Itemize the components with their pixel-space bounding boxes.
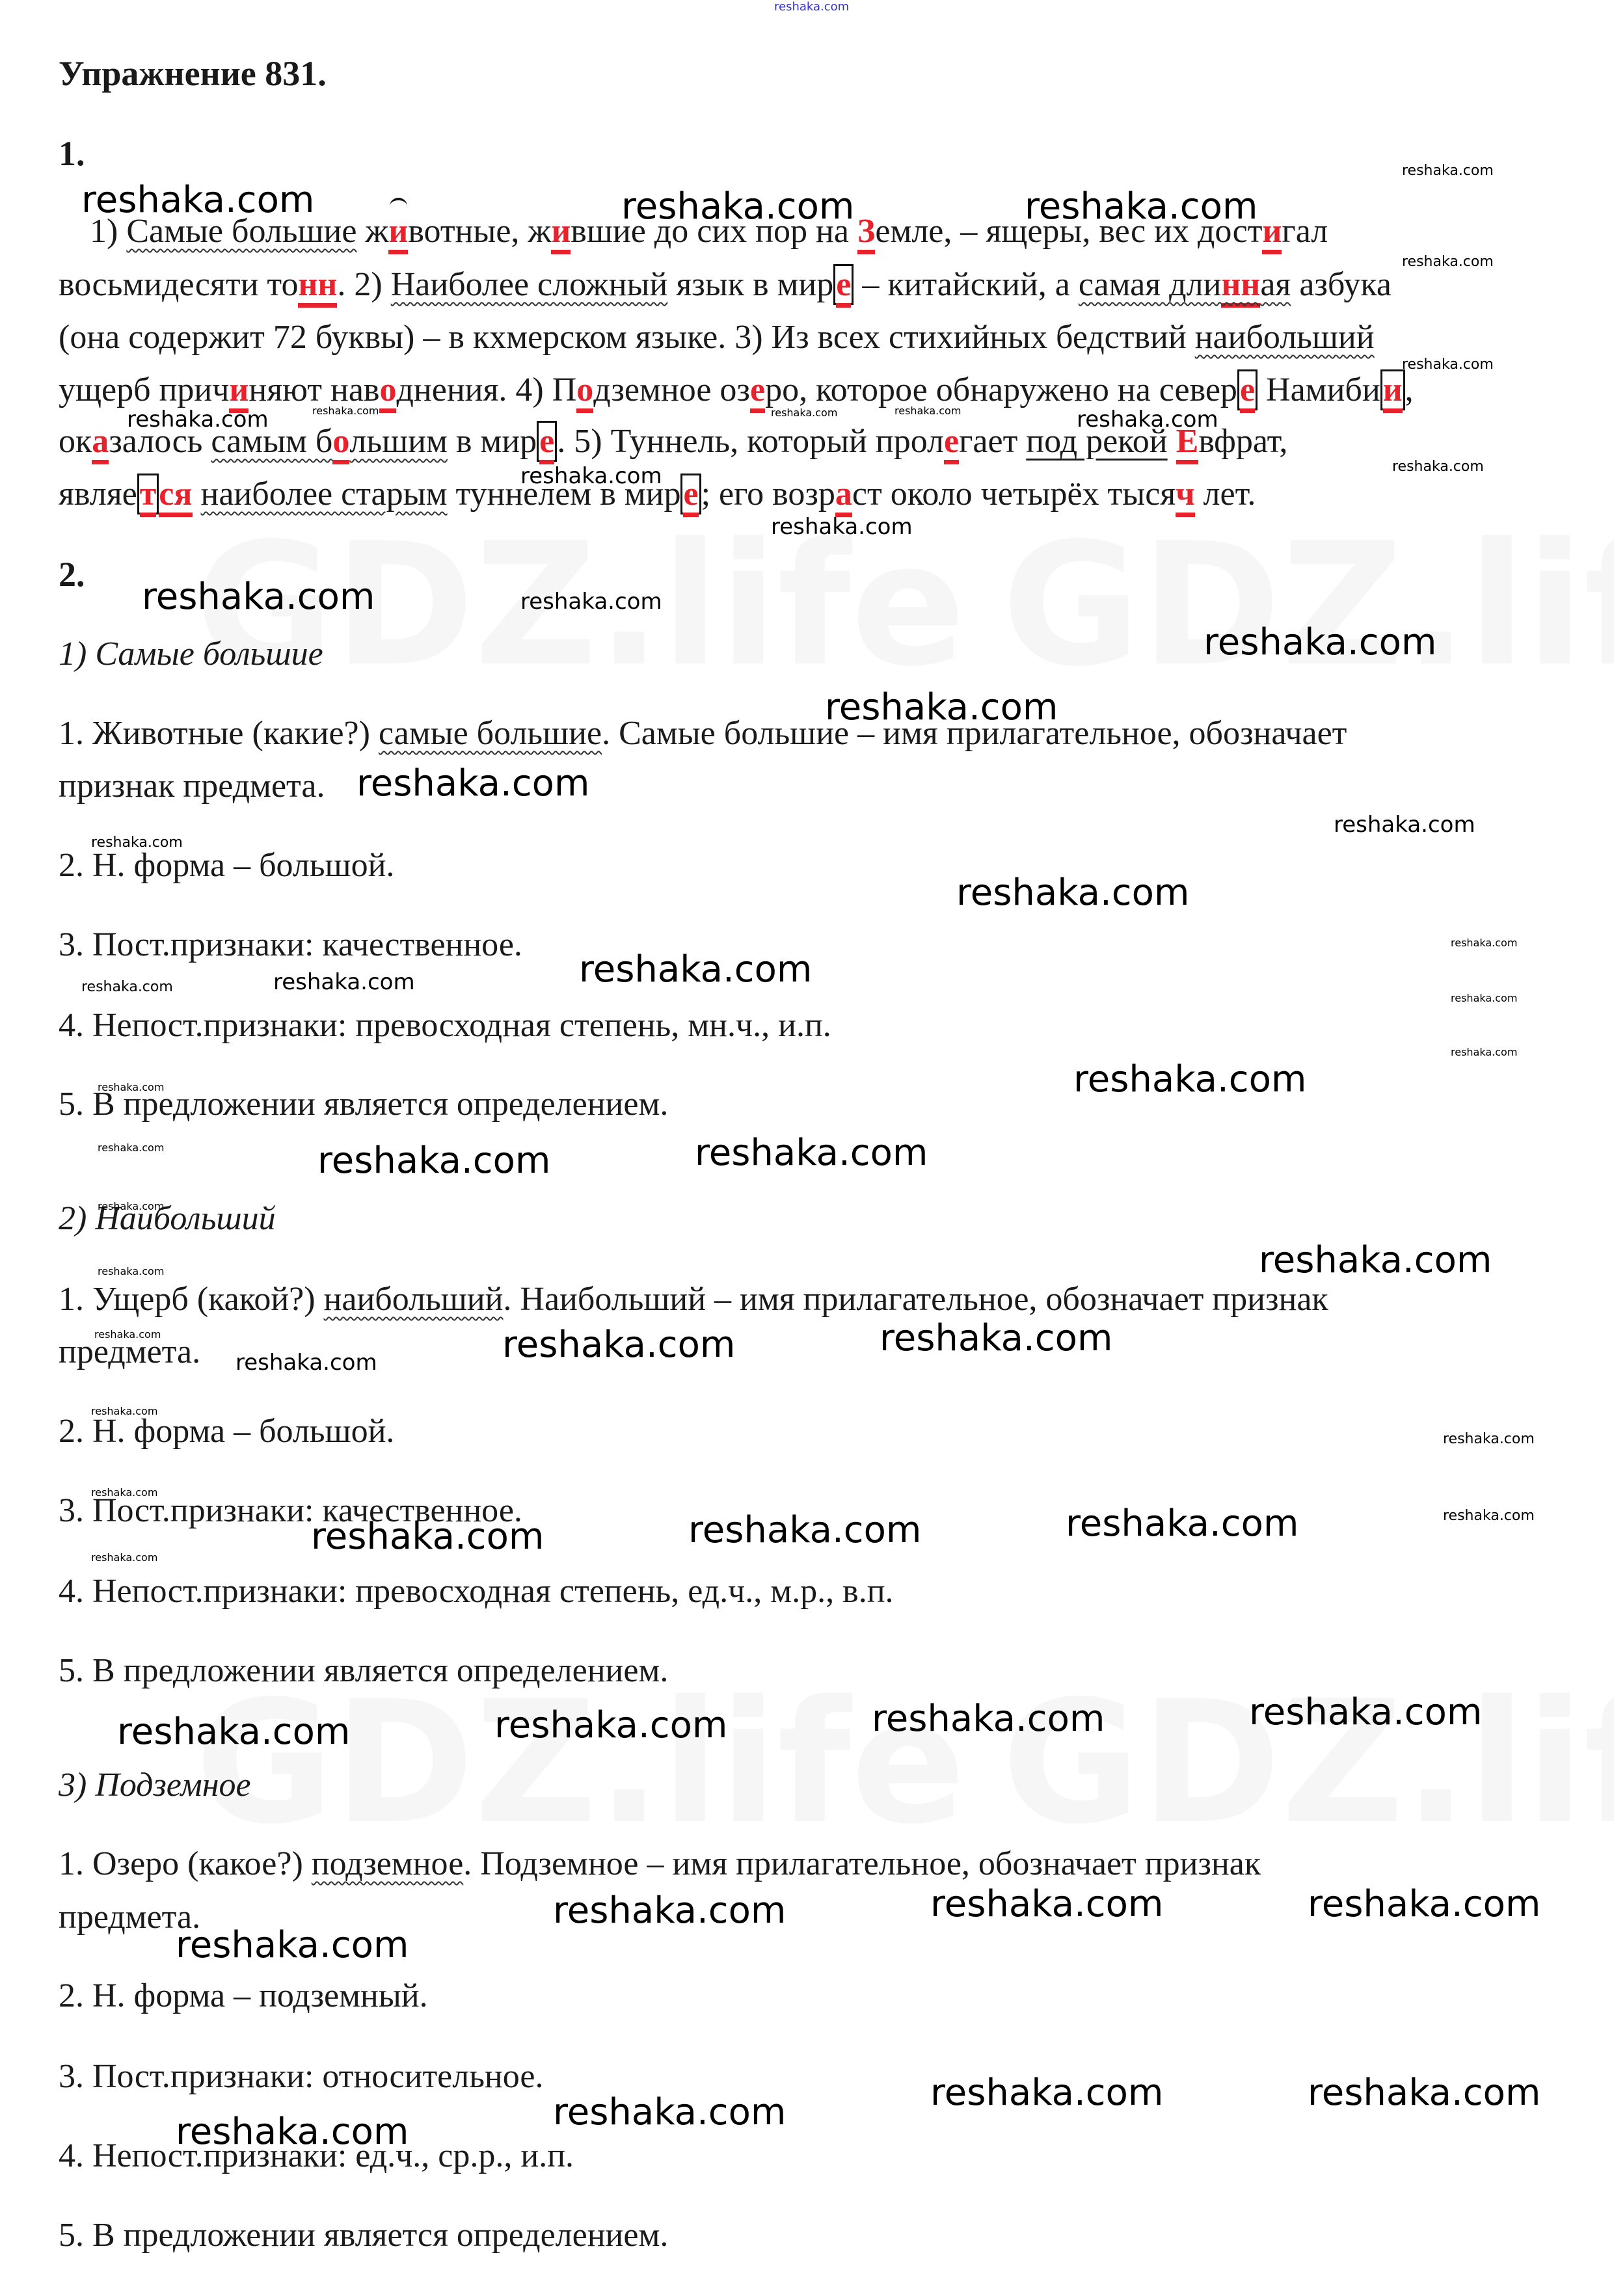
watermark: reshaka.com bbox=[98, 1265, 164, 1277]
watermark: reshaka.com bbox=[579, 948, 812, 991]
analysis-item: 3. Пост.признаки: относительное. bbox=[59, 2057, 543, 2096]
watermark: reshaka.com bbox=[117, 1711, 350, 1753]
text: ок bbox=[59, 423, 92, 460]
orthogram: З bbox=[857, 213, 875, 254]
watermark: reshaka.com bbox=[98, 1200, 164, 1212]
text: вотные, ж bbox=[408, 213, 551, 250]
ending-orthogram: е bbox=[1240, 371, 1255, 413]
text: (она содержит 72 буквы) – в кхмерском яз… bbox=[59, 319, 1195, 356]
definition-underline: ая bbox=[1260, 266, 1291, 303]
analysis-item: 5. В предложении является определением. bbox=[59, 2216, 668, 2254]
text: . 5) Туннель, который прол bbox=[557, 423, 944, 460]
watermark: reshaka.com bbox=[1402, 356, 1494, 373]
watermark: reshaka.com bbox=[930, 2072, 1163, 2114]
text: 1. Озеро (какое?) bbox=[59, 1845, 312, 1882]
definition-underline: самая дли bbox=[1079, 266, 1222, 303]
text: 1. Ущерб (какой?) bbox=[59, 1281, 324, 1318]
paragraph-line: (она содержит 72 буквы) – в кхмерском яз… bbox=[59, 318, 1375, 357]
watermark: reshaka.com bbox=[1077, 407, 1218, 433]
orthogram: и bbox=[1262, 213, 1282, 254]
orthogram: нн bbox=[1221, 266, 1260, 308]
watermark: reshaka.com bbox=[1402, 254, 1494, 270]
watermark: reshaka.com bbox=[1451, 937, 1517, 949]
analysis-item: 1. Ущерб (какой?) наибольший. Наибольший… bbox=[59, 1280, 1328, 1318]
orthogram: о bbox=[576, 371, 593, 413]
watermark: reshaka.com bbox=[520, 463, 662, 489]
text: восьмидесяти то bbox=[59, 266, 298, 303]
suffix-orthogram: ся bbox=[159, 475, 192, 517]
analysis-item: 2. Н. форма – подземный. bbox=[59, 1977, 428, 2015]
analysis-item: 2. Н. форма – большой. bbox=[59, 846, 394, 885]
definition-underline: наибольший bbox=[324, 1281, 504, 1318]
watermark: reshaka.com bbox=[695, 1132, 928, 1174]
watermark: reshaka.com bbox=[872, 1698, 1105, 1740]
watermark: reshaka.com bbox=[1308, 2072, 1540, 2114]
text: 1. Животные (какие?) bbox=[59, 715, 379, 752]
watermark: reshaka.com bbox=[520, 589, 662, 615]
text: ущерб прич bbox=[59, 371, 229, 408]
watermark: reshaka.com bbox=[356, 762, 589, 805]
watermark: reshaka.com bbox=[91, 1405, 157, 1417]
watermark: reshaka.com bbox=[956, 872, 1189, 914]
watermark: reshaka.com bbox=[880, 1317, 1112, 1359]
watermark: reshaka.com bbox=[494, 1704, 727, 1746]
task-2-number: 2. bbox=[59, 554, 85, 594]
watermark: reshaka.com bbox=[1443, 1431, 1535, 1447]
text: ; его возр bbox=[701, 475, 835, 513]
paragraph-line: ущерб причиняют наводнения. 4) Подземное… bbox=[59, 371, 1414, 410]
orthogram: о bbox=[332, 423, 349, 464]
watermark: reshaka.com bbox=[317, 1140, 550, 1182]
watermark: reshaka.com bbox=[81, 179, 314, 221]
analysis-item: 3. Пост.признаки: качественное. bbox=[59, 926, 522, 964]
watermark: reshaka.com bbox=[688, 1509, 921, 1551]
text: . Наибольший – имя прилагательное, обозн… bbox=[503, 1281, 1328, 1318]
analysis-item: 1. Озеро (какое?) подземное. Подземное –… bbox=[59, 1845, 1261, 1883]
text: являе bbox=[59, 475, 137, 513]
text: гает bbox=[959, 423, 1026, 460]
watermark: reshaka.com bbox=[1066, 1502, 1298, 1545]
watermark: reshaka.com bbox=[273, 969, 415, 995]
watermark: reshaka.com bbox=[1249, 1691, 1482, 1733]
text: ж bbox=[356, 213, 388, 250]
watermark: reshaka.com bbox=[553, 1889, 786, 1932]
analysis-item: 5. В предложении является определением. bbox=[59, 1651, 668, 1690]
watermark: reshaka.com bbox=[91, 1551, 157, 1564]
text: днения. 4) П bbox=[396, 371, 576, 408]
analysis-item: 4. Непост.признаки: превосходная степень… bbox=[59, 1006, 831, 1045]
orthogram: и bbox=[551, 213, 571, 254]
text: – китайский, а bbox=[854, 266, 1078, 303]
watermark: reshaka.com bbox=[930, 1883, 1163, 1925]
ending-orthogram: е bbox=[836, 266, 851, 308]
definition-underline: самые большие bbox=[379, 715, 602, 752]
text: язык в мир bbox=[667, 266, 833, 303]
page-title: Упражнение 831. bbox=[59, 53, 327, 94]
watermark: reshaka.com bbox=[312, 405, 379, 417]
text: лет. bbox=[1195, 475, 1256, 513]
watermark: reshaka.com bbox=[621, 185, 854, 228]
watermark: reshaka.com bbox=[1451, 1046, 1517, 1058]
ending-orthogram: е bbox=[539, 423, 554, 464]
watermark: reshaka.com bbox=[127, 407, 269, 433]
watermark: reshaka.com bbox=[1073, 1058, 1306, 1101]
watermark: reshaka.com bbox=[771, 407, 837, 419]
watermark: reshaka.com bbox=[235, 1350, 377, 1376]
orthogram: и bbox=[388, 213, 408, 254]
background-watermark: GDZ.life bbox=[1002, 507, 1614, 704]
analysis-item: 4. Непост.признаки: превосходная степень… bbox=[59, 1572, 894, 1610]
watermark: reshaka.com bbox=[94, 1328, 161, 1341]
analysis-item: 2. Н. форма – большой. bbox=[59, 1412, 394, 1450]
watermark: reshaka.com bbox=[142, 576, 375, 618]
section-heading: 1) Самые большие bbox=[59, 635, 323, 673]
definition-underline: льшим bbox=[349, 423, 447, 460]
definition-underline: наибольший bbox=[1195, 319, 1375, 356]
orthogram: е bbox=[750, 371, 765, 413]
text: дземное оз bbox=[593, 371, 750, 408]
text: азбука bbox=[1291, 266, 1392, 303]
definition-underline: наиболее старым bbox=[201, 475, 448, 513]
site-mark: reshaka.com bbox=[774, 0, 849, 14]
text: Намиби bbox=[1258, 371, 1380, 408]
orthogram: нн bbox=[298, 266, 337, 308]
watermark: reshaka.com bbox=[1392, 459, 1484, 475]
orthogram: а bbox=[92, 423, 109, 464]
background-watermark: GDZ.life bbox=[195, 1665, 965, 1862]
task-1-number: 1. bbox=[59, 133, 85, 174]
watermark: reshaka.com bbox=[1308, 1883, 1540, 1925]
orthogram: е bbox=[944, 423, 959, 464]
text: ро, которое обнаружено на север bbox=[765, 371, 1237, 408]
watermark: reshaka.com bbox=[98, 1141, 164, 1154]
text: . 2) bbox=[337, 266, 390, 303]
orthogram: а bbox=[835, 475, 852, 517]
watermark: reshaka.com bbox=[81, 979, 173, 995]
ending-orthogram: т bbox=[140, 475, 157, 517]
watermark: reshaka.com bbox=[176, 1924, 409, 1966]
watermark: reshaka.com bbox=[894, 405, 961, 417]
watermark: reshaka.com bbox=[176, 2111, 409, 2153]
watermark: reshaka.com bbox=[1204, 621, 1436, 663]
definition-underline: Наиболее сложный bbox=[391, 266, 668, 303]
text: . Подземное – имя прилагательное, обозна… bbox=[463, 1845, 1261, 1882]
text: в мир bbox=[448, 423, 537, 460]
watermark: reshaka.com bbox=[1443, 1508, 1535, 1524]
watermark: reshaka.com bbox=[553, 2091, 786, 2133]
section-heading: 3) Подземное bbox=[59, 1766, 251, 1804]
watermark: reshaka.com bbox=[1025, 185, 1258, 228]
ending-orthogram: е bbox=[683, 475, 698, 517]
watermark: reshaka.com bbox=[311, 1515, 544, 1558]
watermark: reshaka.com bbox=[1402, 163, 1494, 179]
watermark: reshaka.com bbox=[91, 1486, 157, 1499]
definition-underline: подземное bbox=[312, 1845, 464, 1882]
watermark: reshaka.com bbox=[771, 514, 913, 540]
text bbox=[193, 475, 201, 513]
orthogram: ч bbox=[1176, 475, 1194, 517]
watermark: reshaka.com bbox=[825, 686, 1058, 728]
watermark: reshaka.com bbox=[1451, 992, 1517, 1004]
text: няют нав bbox=[249, 371, 379, 408]
text: , bbox=[1405, 371, 1414, 408]
orthogram: о bbox=[379, 371, 396, 413]
watermark: reshaka.com bbox=[502, 1324, 735, 1366]
watermark: reshaka.com bbox=[91, 834, 183, 851]
paragraph-line: восьмидесяти тонн. 2) Наиболее сложный я… bbox=[59, 265, 1392, 304]
analysis-item: 1. Животные (какие?) самые большие. Самы… bbox=[59, 714, 1347, 753]
text: гал bbox=[1282, 213, 1328, 250]
analysis-item-continued: признак предмета. bbox=[59, 767, 325, 805]
watermark: reshaka.com bbox=[1334, 812, 1475, 838]
ending-orthogram: и bbox=[1383, 371, 1403, 413]
watermark: reshaka.com bbox=[1259, 1239, 1492, 1281]
text: ст около четырёх тыся bbox=[852, 475, 1176, 513]
section-heading: 2) Наибольший bbox=[59, 1199, 276, 1238]
watermark: reshaka.com bbox=[98, 1081, 164, 1093]
